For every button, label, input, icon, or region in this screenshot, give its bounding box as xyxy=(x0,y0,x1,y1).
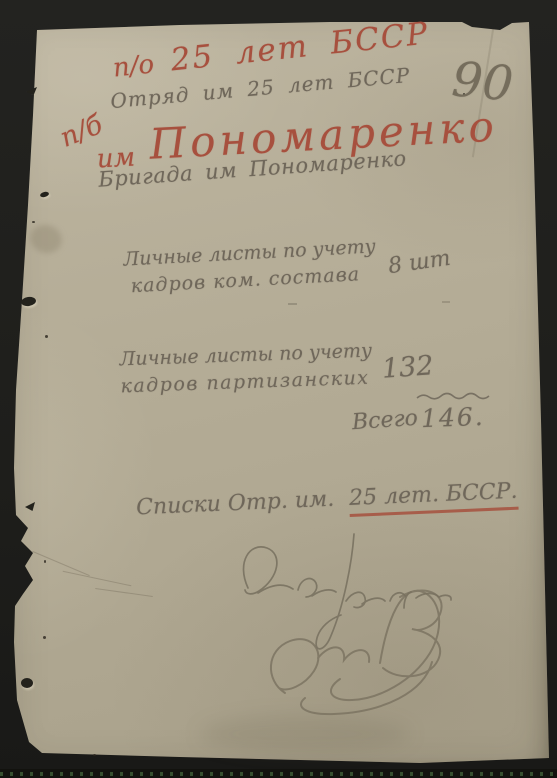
red-unit-prefix: п/о xyxy=(112,49,156,83)
stray-mark xyxy=(442,301,450,303)
paper-speck xyxy=(93,754,96,756)
total-value: 146. xyxy=(421,402,486,433)
stray-mark xyxy=(288,303,297,305)
paper-speck xyxy=(32,221,35,223)
scanner-ruler-strip xyxy=(0,769,557,778)
ruler-tick-marks xyxy=(0,772,557,776)
paper-speck xyxy=(44,560,46,563)
inventory-item-2: Личные листы по учету кадров партизански… xyxy=(119,338,373,401)
paper-stain xyxy=(200,715,410,753)
scanned-document-page: п/о 25 лет БССР Отряд им 25 лет БССР 90 … xyxy=(0,0,557,778)
inventory-item-2-count: 132 xyxy=(381,350,435,385)
total-label: Всего xyxy=(351,406,418,436)
paper-speck xyxy=(43,636,46,639)
binding-hole xyxy=(21,678,33,688)
paper-speck xyxy=(45,335,48,338)
